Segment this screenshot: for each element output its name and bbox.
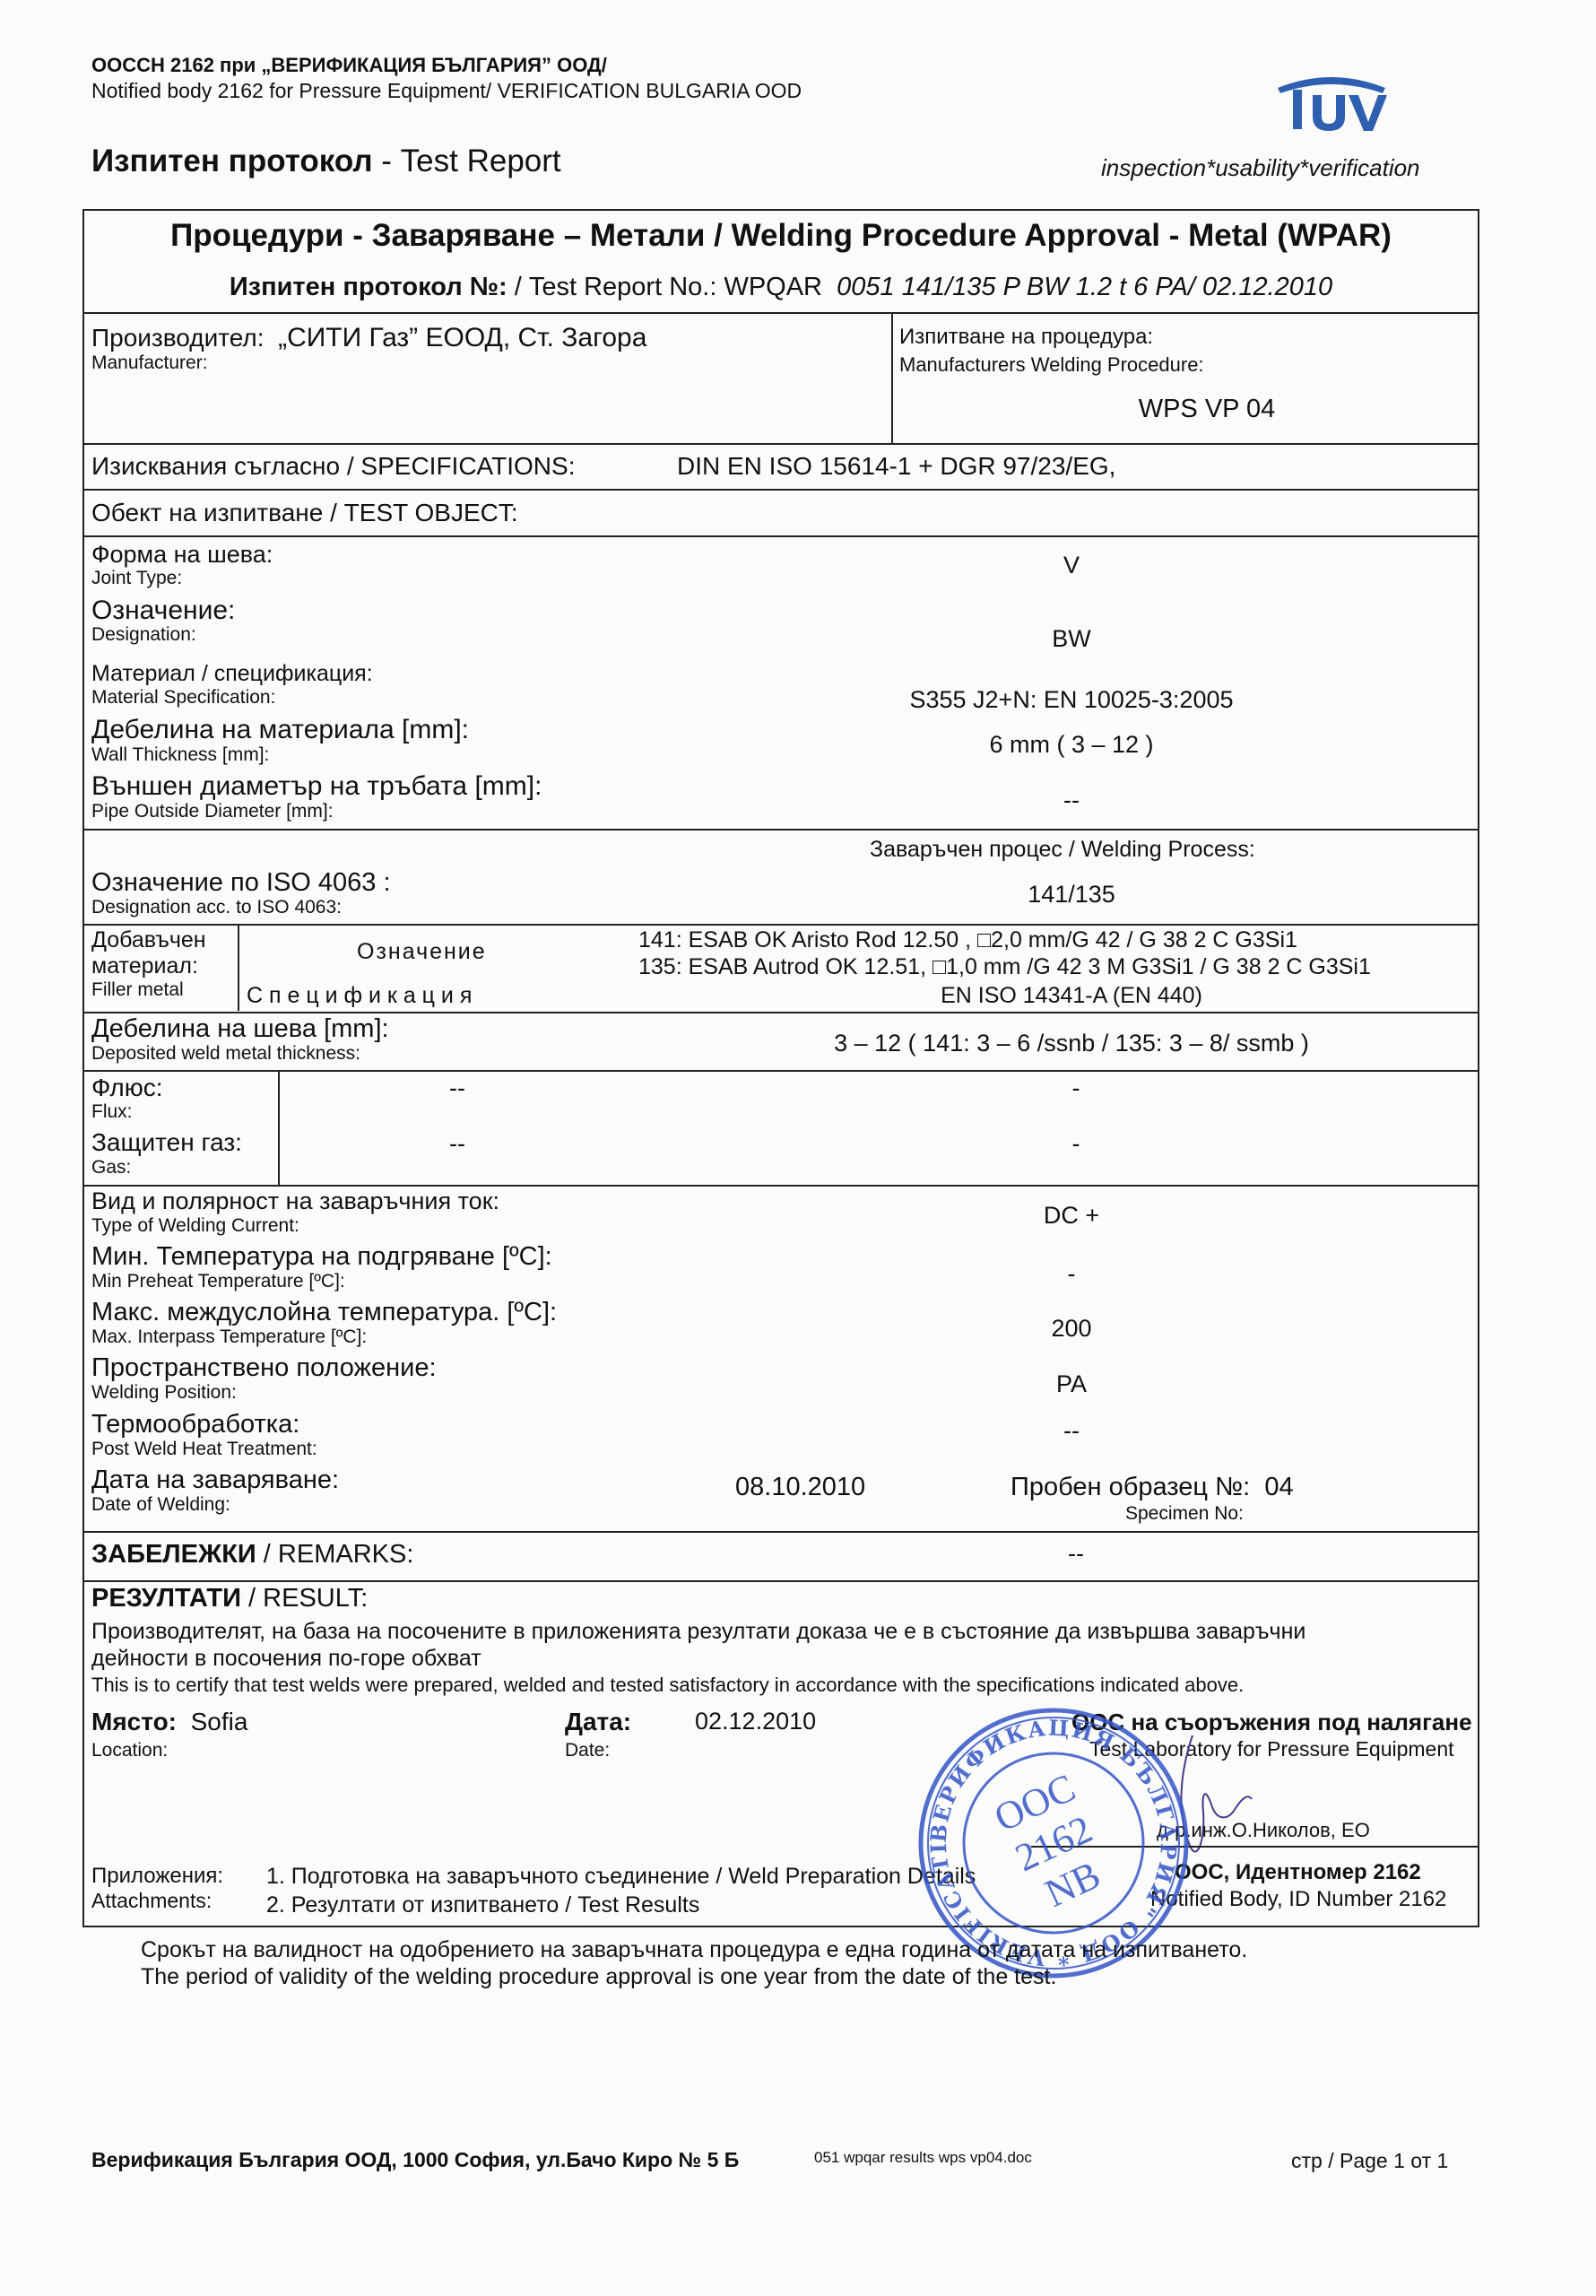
deposit-label-bg: Дебелина на шева [mm]: <box>91 1014 389 1044</box>
report-title: Процедури - Заваряване – Метали / Weldin… <box>82 218 1479 254</box>
manufacturer-label-en: Manufacturer: <box>91 352 208 374</box>
divider <box>238 924 239 1011</box>
divider <box>82 312 1479 314</box>
divider <box>82 535 1479 537</box>
validity-bg: Срокът на валидност на одобрението на за… <box>141 1937 1247 1963</box>
manufacturer-label-bg: Производител: <box>91 324 265 352</box>
location: Място: Sofia <box>91 1708 247 1736</box>
date-label-bg: Дата: <box>565 1708 631 1736</box>
result-label: РЕЗУЛТАТИ / RESULT: <box>91 1584 368 1613</box>
specifications-value: DIN EN ISO 15614-1 + DGR 97/23/EG, <box>677 452 1115 481</box>
org-line-bg: ООССН 2162 при „ВЕРИФИКАЦИЯ БЪЛГАРИЯ” ОО… <box>91 54 607 77</box>
doc-type: Изпитен протокол - Test Report <box>91 143 561 179</box>
procedure-label-bg: Изпитване на процедура: <box>899 325 1153 350</box>
divider <box>82 1012 1479 1013</box>
divider <box>82 489 1479 491</box>
tuv-logo-icon <box>1273 72 1390 135</box>
location-label-en: Location: <box>91 1740 168 1761</box>
footer-filename: 051 wpqar results wps vp04.doc <box>814 2149 1032 2167</box>
manufacturer-value: „СИТИ Газ” ЕООД, Ст. Загора <box>278 323 646 352</box>
divider <box>82 829 1479 831</box>
filler-designation-label: Означение <box>357 939 487 965</box>
manufacturer-row: Производител: „СИТИ Газ” ЕООД, Ст. Загор… <box>91 323 646 353</box>
footer-address: Верификация България ООД, 1000 София, ул… <box>91 2148 739 2172</box>
notified-body-en: Notified Body, ID Number 2162 <box>1150 1887 1446 1912</box>
divider <box>278 1070 280 1185</box>
doc-type-bg: Изпитен протокол <box>91 143 373 178</box>
divider <box>82 443 1479 445</box>
filler-line-standard: EN ISO 14341-A (EN 440) <box>802 983 1340 1009</box>
divider <box>82 1070 1479 1072</box>
attachments-label-en: Attachments: <box>91 1889 212 1913</box>
divider <box>82 1531 1479 1533</box>
report-no-label-bg: Изпитен протокол №: <box>230 273 507 301</box>
filler-line-141: 141: ESAB OK Aristo Rod 12.50 , □2,0 mm/… <box>638 927 1297 953</box>
attachment-item: 1. Подготовка на заваръчното съединение … <box>266 1864 976 1890</box>
procedure-label-en: Manufacturers Welding Procedure: <box>899 353 1204 377</box>
org-line-en: Notified body 2162 for Pressure Equipmen… <box>91 79 802 103</box>
attachment-item: 2. Резултати от изпитването / Test Resul… <box>266 1892 699 1918</box>
specifications-label: Изисквания съгласно / SPECIFICATIONS: <box>91 452 575 481</box>
remarks-label: ЗАБЕЛЕЖКИ / REMARKS: <box>91 1540 413 1570</box>
filler-line-135: 135: ESAB Autrod OK 12.51, □1,0 mm /G 42… <box>638 954 1371 980</box>
filler-label-bg-1: Добавъчен <box>91 927 206 953</box>
filler-specification-label: С п е ц и ф и к а ц и я <box>247 983 472 1009</box>
process-header: Заваръчен процес / Welding Process: <box>870 837 1255 863</box>
result-text-bg-2: дейности в посочения по-горе обхват <box>91 1646 481 1672</box>
specimen-number: Пробен образец №: 04 <box>1011 1473 1294 1502</box>
notified-body-bg: ООС, Идентномер 2162 <box>1175 1860 1421 1885</box>
remarks-value: -- <box>1049 1540 1103 1568</box>
procedure-value: WPS VP 04 <box>893 395 1521 424</box>
process-value: 141/135 <box>802 881 1340 909</box>
tagline: inspection*usability*verification <box>1101 154 1420 182</box>
deposit-value: 3 – 12 ( 141: 3 – 6 /ssnb / 135: 3 – 8/ … <box>713 1030 1430 1057</box>
report-no-label-en: / Test Report No.: WPQAR <box>507 273 822 301</box>
attachments-label-bg: Приложения: <box>91 1864 223 1889</box>
date-value: 02.12.2010 <box>695 1708 816 1735</box>
divider <box>82 1580 1479 1582</box>
deposit-label-en: Deposited weld metal thickness: <box>91 1043 360 1065</box>
date-label-en: Date: <box>565 1740 610 1761</box>
process-label-en: Designation acc. to ISO 4063: <box>91 897 342 918</box>
divider <box>82 1185 1479 1187</box>
result-text-en: This is to certify that test welds were … <box>91 1674 1244 1697</box>
filler-label-en: Filler metal <box>91 979 184 1001</box>
test-object-label: Обект на изпитване / TEST OBJECT: <box>91 499 518 527</box>
doc-type-en: - Test Report <box>373 143 561 178</box>
footer-page: стр / Page 1 от 1 <box>1291 2149 1448 2173</box>
process-label-bg: Означение по ISO 4063 : <box>91 868 391 898</box>
validity-en: The period of validity of the welding pr… <box>141 1964 1056 1990</box>
report-number: Изпитен протокол №: / Test Report No.: W… <box>82 273 1479 302</box>
report-no-value: 0051 141/135 P BW 1.2 t 6 PA/ 02.12.2010 <box>837 273 1332 301</box>
filler-label-bg-2: материал: <box>91 953 198 979</box>
divider <box>82 924 1479 926</box>
result-text-bg-1: Производителят, на база на посочените в … <box>91 1619 1305 1645</box>
